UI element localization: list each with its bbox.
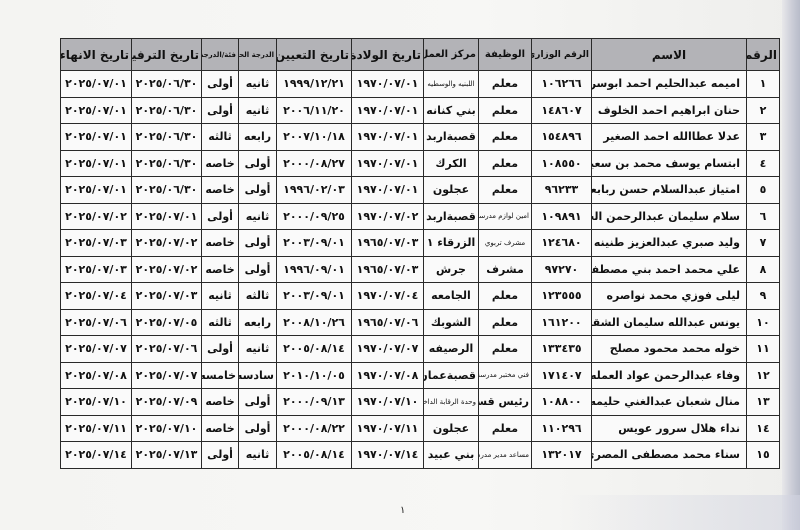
table-row: ٥امتياز عبدالسلام حسن ربابعه٩٦٢٣٣معلمعجل… [61, 177, 780, 204]
end-date-cell: ٢٠٢٥/٠٧/٠٧ [61, 336, 132, 363]
employee-name-cell: علي محمد احمد بني مصطفى [592, 256, 747, 283]
job-title-cell: معلم [479, 283, 532, 310]
current-grade-cell: رابعه [239, 309, 277, 336]
current-grade-cell: ثانيه [239, 336, 277, 363]
promotion-date-cell: ٢٠٢٥/٠٦/٣٠ [132, 150, 202, 177]
appointment-date-cell: ٢٠٠٠/٠٨/٢٧ [277, 150, 352, 177]
appointment-date-cell: ٢٠٠٣/٠٩/٠١ [277, 230, 352, 257]
work-center-cell: وحدة الرقابة الداخلية [424, 389, 479, 416]
row-number-cell: ٣ [747, 124, 780, 151]
due-grade-cell: ثالثه [202, 124, 239, 151]
work-center-cell: بني عبيد [424, 442, 479, 469]
end-date-cell: ٢٠٢٥/٠٧/١٤ [61, 442, 132, 469]
end-date-cell: ٢٠٢٥/٠٧/٠٦ [61, 309, 132, 336]
current-grade-cell: أولى [239, 230, 277, 257]
end-date-cell: ٢٠٢٥/٠٧/٠١ [61, 177, 132, 204]
due-grade-cell: خاصه [202, 256, 239, 283]
header-birth-date: تاريخ الولادة [352, 39, 424, 71]
end-date-cell: ٢٠٢٥/٠٧/٠٨ [61, 362, 132, 389]
header-appointment-date: تاريخ التعيين [277, 39, 352, 71]
due-grade-cell: أولى [202, 71, 239, 98]
due-grade-cell: ثالثه [202, 309, 239, 336]
end-date-cell: ٢٠٢٥/٠٧/٠١ [61, 71, 132, 98]
table-row: ١اميمه عبدالحليم احمد ابوسردانه١٠٦٢٦٦معل… [61, 71, 780, 98]
birth-date-cell: ١٩٧٠/٠٧/٠١ [352, 97, 424, 124]
header-no: الرقم [747, 39, 780, 71]
work-center-cell: جرش [424, 256, 479, 283]
due-grade-cell: خاصه [202, 150, 239, 177]
employee-name-cell: وليد صبري عبدالعزيز طنينه [592, 230, 747, 257]
work-center-cell: الجامعه [424, 283, 479, 310]
header-due-grade: فئة/الدرجة المستحقة [202, 39, 239, 71]
row-number-cell: ١١ [747, 336, 780, 363]
job-title-cell: فني مختبر مدرسة [479, 362, 532, 389]
end-date-cell: ٢٠٢٥/٠٧/١١ [61, 415, 132, 442]
table-row: ٩ليلى فوزي محمد نواصره١٢٣٥٥٥معلمالجامعه١… [61, 283, 780, 310]
appointment-date-cell: ١٩٩٦/٠٢/٠٣ [277, 177, 352, 204]
page-bottom-shadow [560, 495, 800, 530]
employee-name-cell: عدلا عطاالله احمد الصغير [592, 124, 747, 151]
end-date-cell: ٢٠٢٥/٠٧/١٠ [61, 389, 132, 416]
end-date-cell: ٢٠٢٥/٠٧/٠٤ [61, 283, 132, 310]
table-body: ١اميمه عبدالحليم احمد ابوسردانه١٠٦٢٦٦معل… [61, 71, 780, 469]
promotion-date-cell: ٢٠٢٥/٠٧/٠٥ [132, 309, 202, 336]
birth-date-cell: ١٩٧٠/٠٧/٠١ [352, 177, 424, 204]
table-row: ١١خوله محمد محمود مصلح١٣٣٤٣٥معلمالرصيفه١… [61, 336, 780, 363]
work-center-cell: الزرقاء ١ [424, 230, 479, 257]
birth-date-cell: ١٩٧٠/٠٧/٠٧ [352, 336, 424, 363]
promotion-date-cell: ٢٠٢٥/٠٦/٣٠ [132, 97, 202, 124]
current-grade-cell: ثانيه [239, 442, 277, 469]
promotion-date-cell: ٢٠٢٥/٠٧/٠٣ [132, 283, 202, 310]
appointment-date-cell: ٢٠٠٠/٠٨/٢٢ [277, 415, 352, 442]
due-grade-cell: أولى [202, 97, 239, 124]
promotion-date-cell: ٢٠٢٥/٠٧/٠٩ [132, 389, 202, 416]
current-grade-cell: سادسه [239, 362, 277, 389]
employee-name-cell: ابتسام يوسف محمد بن سعيد [592, 150, 747, 177]
birth-date-cell: ١٩٧٠/٠٧/٠١ [352, 124, 424, 151]
due-grade-cell: خاصه [202, 230, 239, 257]
employee-name-cell: يونس عبدالله سليمان الشقيرات [592, 309, 747, 336]
birth-date-cell: ١٩٧٠/٠٧/١٠ [352, 389, 424, 416]
job-title-cell: معلم [479, 177, 532, 204]
header-promotion-date: تاريخ الترفيع [132, 39, 202, 71]
promotion-date-cell: ٢٠٢٥/٠٧/١٠ [132, 415, 202, 442]
promotion-date-cell: ٢٠٢٥/٠٧/٠٢ [132, 230, 202, 257]
promotion-date-cell: ٢٠٢٥/٠٧/٠٢ [132, 256, 202, 283]
birth-date-cell: ١٩٧٠/٠٧/١١ [352, 415, 424, 442]
appointment-date-cell: ٢٠٠٥/٠٨/١٤ [277, 336, 352, 363]
ministry-number-cell: ١٥٤٨٩٦ [532, 124, 592, 151]
ministry-number-cell: ١٢٣٥٥٥ [532, 283, 592, 310]
promotion-date-cell: ٢٠٢٥/٠٦/٣٠ [132, 177, 202, 204]
promotion-date-cell: ٢٠٢٥/٠٦/٣٠ [132, 71, 202, 98]
due-grade-cell: خاصه [202, 389, 239, 416]
job-title-cell: مشرف تربوي [479, 230, 532, 257]
row-number-cell: ١٢ [747, 362, 780, 389]
table-row: ٣عدلا عطاالله احمد الصغير١٥٤٨٩٦معلمقصبةا… [61, 124, 780, 151]
job-title-cell: مشرف [479, 256, 532, 283]
ministry-number-cell: ١٠٦٢٦٦ [532, 71, 592, 98]
ministry-number-cell: ١٦١٢٠٠ [532, 309, 592, 336]
scanned-page: الرقم الاسم الرقم الوزاري الوظيفة مركز ا… [0, 0, 800, 530]
due-grade-cell: أولى [202, 203, 239, 230]
appointment-date-cell: ١٩٩٦/٠٩/٠١ [277, 256, 352, 283]
appointment-date-cell: ٢٠٠٧/١٠/١٨ [277, 124, 352, 151]
end-date-cell: ٢٠٢٥/٠٧/٠١ [61, 97, 132, 124]
row-number-cell: ١ [747, 71, 780, 98]
table-row: ١٥سناء محمد مصطفى المصري١٣٢٠١٧مساعد مدير… [61, 442, 780, 469]
promotion-date-cell: ٢٠٢٥/٠٧/٠١ [132, 203, 202, 230]
birth-date-cell: ١٩٧٠/٠٧/٠١ [352, 150, 424, 177]
job-title-cell: معلم [479, 150, 532, 177]
row-number-cell: ٢ [747, 97, 780, 124]
work-center-cell: اللبنيه والوسطيه [424, 71, 479, 98]
current-grade-cell: ثانيه [239, 203, 277, 230]
employee-name-cell: نداء هلال سرور عويس [592, 415, 747, 442]
birth-date-cell: ١٩٦٥/٠٧/٠٣ [352, 230, 424, 257]
row-number-cell: ٨ [747, 256, 780, 283]
table-row: ٤ابتسام يوسف محمد بن سعيد١٠٨٥٥٠معلمالكرك… [61, 150, 780, 177]
birth-date-cell: ١٩٧٠/٠٧/١٤ [352, 442, 424, 469]
employee-name-cell: امتياز عبدالسلام حسن ربابعه [592, 177, 747, 204]
ministry-number-cell: ١٣٣٤٣٥ [532, 336, 592, 363]
work-center-cell: عجلون [424, 177, 479, 204]
appointment-date-cell: ١٩٩٩/١٢/٢١ [277, 71, 352, 98]
birth-date-cell: ١٩٧٠/٠٧/٠٢ [352, 203, 424, 230]
table-row: ١٤نداء هلال سرور عويس١١٠٢٩٦معلمعجلون١٩٧٠… [61, 415, 780, 442]
appointment-date-cell: ٢٠٠٣/٠٩/٠١ [277, 283, 352, 310]
current-grade-cell: رابعه [239, 124, 277, 151]
appointment-date-cell: ٢٠٠٠/٠٩/٢٥ [277, 203, 352, 230]
work-center-cell: قصبةاربد [424, 203, 479, 230]
ministry-number-cell: ١٢٤٦٨٠ [532, 230, 592, 257]
header-work-center: مركز العمل [424, 39, 479, 71]
employee-name-cell: ليلى فوزي محمد نواصره [592, 283, 747, 310]
table-row: ٦سلام سليمان عبدالرحمن الجباوي١٠٩٨٩١امين… [61, 203, 780, 230]
row-number-cell: ٤ [747, 150, 780, 177]
promotion-date-cell: ٢٠٢٥/٠٧/٠٧ [132, 362, 202, 389]
header-ministry-no: الرقم الوزاري [532, 39, 592, 71]
job-title-cell: معلم [479, 71, 532, 98]
work-center-cell: قصبةعمان [424, 362, 479, 389]
end-date-cell: ٢٠٢٥/٠٧/٠١ [61, 124, 132, 151]
employee-promotion-table: الرقم الاسم الرقم الوزاري الوظيفة مركز ا… [60, 38, 780, 469]
work-center-cell: الشوبك [424, 309, 479, 336]
employee-name-cell: حنان ابراهيم احمد الخلوف [592, 97, 747, 124]
row-number-cell: ١٥ [747, 442, 780, 469]
page-number: ١ [400, 505, 405, 516]
job-title-cell: امين لوازم مدرسه [479, 203, 532, 230]
row-number-cell: ١٤ [747, 415, 780, 442]
ministry-number-cell: ١٠٩٨٩١ [532, 203, 592, 230]
due-grade-cell: خاصه [202, 415, 239, 442]
appointment-date-cell: ٢٠٠٦/١١/٢٠ [277, 97, 352, 124]
current-grade-cell: أولى [239, 150, 277, 177]
employee-name-cell: اميمه عبدالحليم احمد ابوسردانه [592, 71, 747, 98]
header-job: الوظيفة [479, 39, 532, 71]
appointment-date-cell: ٢٠١٠/١٠/٠٥ [277, 362, 352, 389]
ministry-number-cell: ١١٠٢٩٦ [532, 415, 592, 442]
promotion-date-cell: ٢٠٢٥/٠٦/٣٠ [132, 124, 202, 151]
end-date-cell: ٢٠٢٥/٠٧/٠٣ [61, 256, 132, 283]
ministry-number-cell: ٩٦٢٣٣ [532, 177, 592, 204]
row-number-cell: ٦ [747, 203, 780, 230]
current-grade-cell: أولى [239, 389, 277, 416]
employee-name-cell: منال شعبان عبدالغني حليمه [592, 389, 747, 416]
table-row: ١٢وفاء عبدالرحمن عواد العمله١٧١٤٠٧فني مخ… [61, 362, 780, 389]
table-row: ١٣منال شعبان عبدالغني حليمه١٠٨٨٠٠رئيس قس… [61, 389, 780, 416]
birth-date-cell: ١٩٧٠/٠٧/٠٨ [352, 362, 424, 389]
work-center-cell: الرصيفه [424, 336, 479, 363]
appointment-date-cell: ٢٠٠٥/٠٨/١٤ [277, 442, 352, 469]
end-date-cell: ٢٠٢٥/٠٧/٠٢ [61, 203, 132, 230]
due-grade-cell: خامسه [202, 362, 239, 389]
table-row: ٨علي محمد احمد بني مصطفى٩٧٢٧٠مشرفجرش١٩٦٥… [61, 256, 780, 283]
current-grade-cell: ثانيه [239, 97, 277, 124]
due-grade-cell: أولى [202, 336, 239, 363]
table-row: ٧وليد صبري عبدالعزيز طنينه١٢٤٦٨٠مشرف ترب… [61, 230, 780, 257]
header-current-grade: الدرجة الحالية [239, 39, 277, 71]
ministry-number-cell: ١٧١٤٠٧ [532, 362, 592, 389]
birth-date-cell: ١٩٦٥/٠٧/٠٦ [352, 309, 424, 336]
appointment-date-cell: ٢٠٠٠/٠٩/١٣ [277, 389, 352, 416]
row-number-cell: ٧ [747, 230, 780, 257]
work-center-cell: قصبةاربد [424, 124, 479, 151]
page-edge-shadow [782, 0, 800, 530]
work-center-cell: عجلون [424, 415, 479, 442]
job-title-cell: معلم [479, 415, 532, 442]
job-title-cell: معلم [479, 97, 532, 124]
birth-date-cell: ١٩٧٠/٠٧/٠٤ [352, 283, 424, 310]
current-grade-cell: ثانيه [239, 71, 277, 98]
due-grade-cell: أولى [202, 442, 239, 469]
job-title-cell: معلم [479, 336, 532, 363]
employee-name-cell: وفاء عبدالرحمن عواد العمله [592, 362, 747, 389]
ministry-number-cell: ٩٧٢٧٠ [532, 256, 592, 283]
ministry-number-cell: ١٠٨٥٥٠ [532, 150, 592, 177]
job-title-cell: مساعد مدير مدرسه [479, 442, 532, 469]
birth-date-cell: ١٩٧٠/٠٧/٠١ [352, 71, 424, 98]
row-number-cell: ١٣ [747, 389, 780, 416]
birth-date-cell: ١٩٦٥/٠٧/٠٣ [352, 256, 424, 283]
work-center-cell: بني كنانه [424, 97, 479, 124]
ministry-number-cell: ١٣٢٠١٧ [532, 442, 592, 469]
ministry-number-cell: ١٤٨٦٠٧ [532, 97, 592, 124]
job-title-cell: رئيس قسم [479, 389, 532, 416]
row-number-cell: ١٠ [747, 309, 780, 336]
appointment-date-cell: ٢٠٠٨/١٠/٢٦ [277, 309, 352, 336]
end-date-cell: ٢٠٢٥/٠٧/٠١ [61, 150, 132, 177]
table-row: ١٠يونس عبدالله سليمان الشقيرات١٦١٢٠٠معلم… [61, 309, 780, 336]
due-grade-cell: خاصه [202, 177, 239, 204]
job-title-cell: معلم [479, 124, 532, 151]
due-grade-cell: ثانيه [202, 283, 239, 310]
table-header-row: الرقم الاسم الرقم الوزاري الوظيفة مركز ا… [61, 39, 780, 71]
current-grade-cell: أولى [239, 256, 277, 283]
job-title-cell: معلم [479, 309, 532, 336]
header-name: الاسم [592, 39, 747, 71]
current-grade-cell: أولى [239, 415, 277, 442]
employee-name-cell: سناء محمد مصطفى المصري [592, 442, 747, 469]
row-number-cell: ٥ [747, 177, 780, 204]
table-row: ٢حنان ابراهيم احمد الخلوف١٤٨٦٠٧معلمبني ك… [61, 97, 780, 124]
header-end-date: تاريخ الانهاء [61, 39, 132, 71]
row-number-cell: ٩ [747, 283, 780, 310]
end-date-cell: ٢٠٢٥/٠٧/٠٣ [61, 230, 132, 257]
current-grade-cell: ثالثه [239, 283, 277, 310]
employee-name-cell: سلام سليمان عبدالرحمن الجباوي [592, 203, 747, 230]
promotion-date-cell: ٢٠٢٥/٠٧/١٣ [132, 442, 202, 469]
employee-name-cell: خوله محمد محمود مصلح [592, 336, 747, 363]
promotion-date-cell: ٢٠٢٥/٠٧/٠٦ [132, 336, 202, 363]
ministry-number-cell: ١٠٨٨٠٠ [532, 389, 592, 416]
work-center-cell: الكرك [424, 150, 479, 177]
current-grade-cell: أولى [239, 177, 277, 204]
